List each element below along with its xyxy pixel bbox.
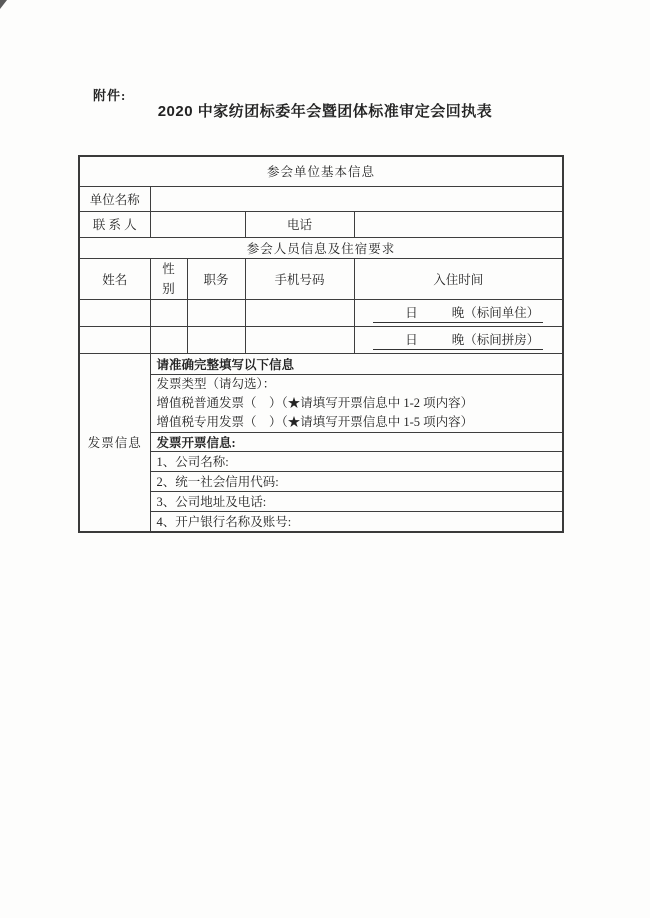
col-header-mobile: 手机号码 <box>245 258 354 299</box>
phone-label: 电话 <box>245 211 354 237</box>
invoice-type-option-special: 增值税专用发票（ ）（★请填写开票信息中 1-5 项内容） <box>157 413 557 432</box>
col-header-name: 姓名 <box>79 258 150 299</box>
col-header-checkin: 入住时间 <box>354 258 563 299</box>
attendee1-title-field <box>187 299 245 326</box>
checkin-day-label: 日 <box>405 306 418 320</box>
unit-name-label: 单位名称 <box>79 186 150 211</box>
attendee2-mobile-field <box>245 326 354 353</box>
section-basic-info-header: 参会单位基本信息 <box>79 156 563 186</box>
contact-label: 联 系 人 <box>79 211 150 237</box>
attendee2-gender-field <box>150 326 187 353</box>
phone-field <box>354 211 563 237</box>
document-title: 2020 中家纺团标委年会暨团体标准审定会回执表 <box>0 100 650 121</box>
invoice-type-block: 发票类型（请勾选）： 增值税普通发票（ ）（★请填写开票信息中 1-2 项内容）… <box>150 374 563 432</box>
invoice-billing-title: 发票开票信息: <box>150 432 563 451</box>
reply-form-table: 参会单位基本信息 单位名称 联 系 人 电话 参会人员信息及住宿要求 姓名 性别… <box>78 155 564 533</box>
checkin-shared-room-field: 日晚（标间拼房） <box>354 326 563 353</box>
attendee1-name-field <box>79 299 150 326</box>
col-header-gender: 性别 <box>150 258 187 299</box>
checkin-shared-fill-line: 日晚（标间拼房） <box>373 330 543 350</box>
invoice-item-bank-account: 4、开户银行名称及账号: <box>150 511 563 532</box>
attendee1-gender-field <box>150 299 187 326</box>
col-header-title: 职务 <box>187 258 245 299</box>
scanned-document-page: 附件: 2020 中家纺团标委年会暨团体标准审定会回执表 参会单位基本信息 单位… <box>0 0 650 918</box>
invoice-type-option-general: 增值税普通发票（ ）（★请填写开票信息中 1-2 项内容） <box>157 394 557 413</box>
invoice-item-company-name: 1、公司名称: <box>150 451 563 471</box>
attendee2-name-field <box>79 326 150 353</box>
attendee2-title-field <box>187 326 245 353</box>
section-attendee-header: 参会人员信息及住宿要求 <box>79 237 563 258</box>
unit-name-field <box>150 186 563 211</box>
invoice-instruction: 请准确完整填写以下信息 <box>150 353 563 374</box>
invoice-item-address-phone: 3、公司地址及电话: <box>150 491 563 511</box>
contact-field <box>150 211 245 237</box>
checkin-single-room-label: 晚（标间单住） <box>452 306 540 320</box>
invoice-section-label: 发票信息 <box>79 353 150 532</box>
scan-corner-artifact <box>0 0 7 9</box>
checkin-day-label2: 日 <box>405 333 418 347</box>
gender-vertical-text: 性别 <box>162 259 176 299</box>
checkin-single-fill-line: 日晚（标间单住） <box>373 303 543 323</box>
invoice-type-title: 发票类型（请勾选）： <box>157 375 557 394</box>
invoice-item-credit-code: 2、统一社会信用代码: <box>150 471 563 491</box>
checkin-single-room-field: 日晚（标间单住） <box>354 299 563 326</box>
checkin-shared-room-label: 晚（标间拼房） <box>452 333 540 347</box>
attendee1-mobile-field <box>245 299 354 326</box>
